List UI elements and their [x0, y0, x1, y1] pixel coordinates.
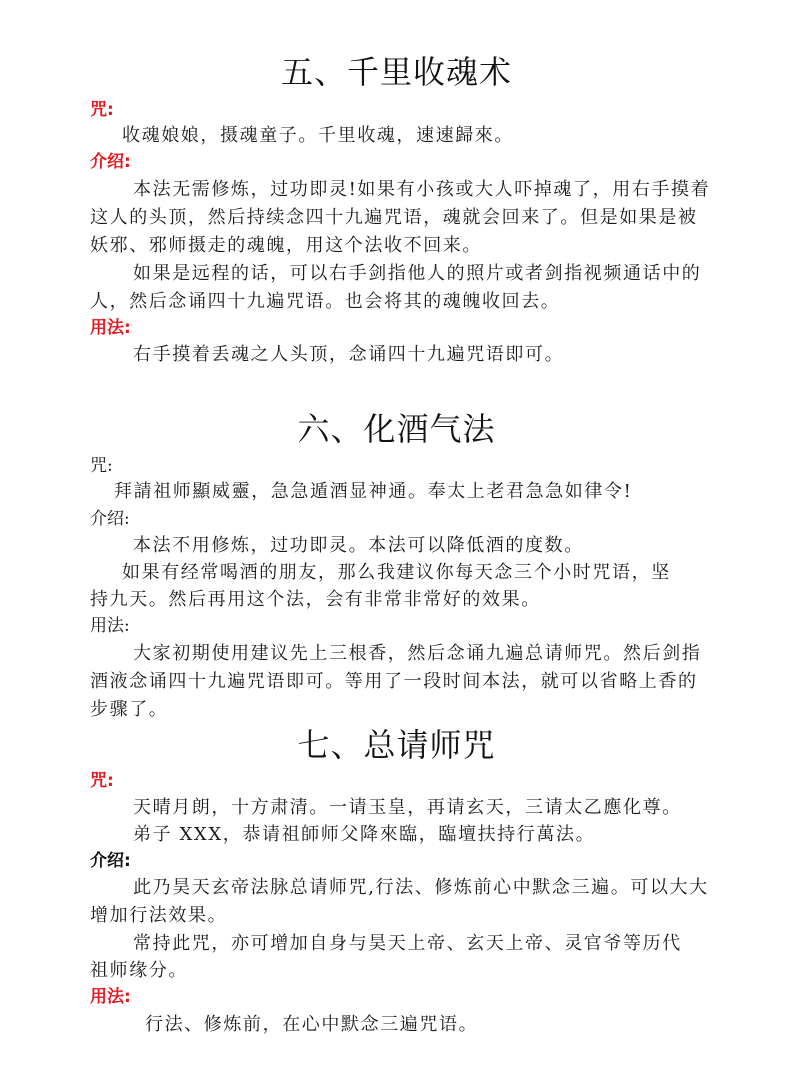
- intro-line: 本法不用修炼，过功即灵。本法可以降低酒的度数。: [133, 534, 584, 558]
- intro-line: 如果是远程的话，可以右手剑指他人的照片或者剑指视频通话中的: [133, 262, 701, 286]
- intro-line: 祖师缘分。: [90, 959, 188, 983]
- intro-line: 本法无需修炼，过功即灵!如果有小孩或大人吓掉魂了，用右手摸着: [133, 178, 710, 202]
- section-title: 七、总请师咒: [0, 725, 793, 765]
- intro-label: 介绍:: [90, 151, 131, 173]
- section-title: 五、千里收魂术: [0, 52, 793, 92]
- usage-line: 步骤了。: [90, 698, 168, 722]
- usage-line: 大家初期使用建议先上三根香，然后念诵九遍总请师咒。然后剑指: [133, 642, 701, 666]
- intro-line: 增加行法效果。: [90, 904, 227, 928]
- intro-line: 此乃昊天玄帝法脉总请师咒,行法、修炼前心中默念三遍。可以大大: [133, 876, 709, 900]
- mantra-label: 咒:: [90, 99, 114, 121]
- usage-label: 用法:: [90, 615, 130, 637]
- intro-line: 这人的头顶，然后持续念四十九遍咒语，魂就会回来了。但是如果是被: [90, 206, 698, 230]
- mantra-line: 拜請祖师顯威靈，急急遁酒显神通。奉太上老君急急如律令!: [114, 480, 632, 504]
- usage-line: 右手摸着丢魂之人头顶，念诵四十九遍咒语即可。: [133, 343, 564, 367]
- document-page: 五、千里收魂术 咒: 收魂娘娘，摄魂童子。千里收魂，速速歸來。 介绍: 本法无需…: [0, 0, 793, 1067]
- mantra-line: 天晴月朗，十方肃清。一请玉皇，再请玄天，三请太乙應化尊。: [133, 796, 682, 820]
- usage-line: 行法、修炼前，在心中默念三遍咒语。: [145, 1013, 478, 1037]
- mantra-line: 弟子 XXX，恭请祖師师父降來臨，臨壇扶持行萬法。: [133, 823, 595, 847]
- mantra-label: 咒:: [90, 455, 113, 477]
- intro-label: 介绍:: [90, 508, 130, 530]
- mantra-label: 咒:: [90, 770, 114, 792]
- intro-line: 持九天。然后再用这个法，会有非常非常好的效果。: [90, 588, 541, 612]
- usage-label: 用法:: [90, 317, 131, 339]
- intro-line: 人，然后念诵四十九遍咒语。也会将其的魂魄收回去。: [90, 290, 560, 314]
- usage-label: 用法:: [90, 986, 131, 1008]
- usage-line: 酒液念诵四十九遍咒语即可。等用了一段时间本法，就可以省略上香的: [90, 670, 698, 694]
- mantra-line: 收魂娘娘，摄魂童子。千里收魂，速速歸來。: [122, 124, 514, 148]
- intro-label: 介绍:: [90, 850, 131, 872]
- intro-line: 常持此咒，亦可增加自身与昊天上帝、玄天上帝、灵官爷等历代: [133, 932, 682, 956]
- intro-line: 妖邪、邪师摄走的魂魄，用这个法收不回来。: [90, 234, 482, 258]
- section-title: 六、化酒气法: [0, 409, 793, 449]
- intro-line: 如果有经常喝酒的朋友，那么我建议你每天念三个小时咒语，坚: [122, 561, 671, 585]
